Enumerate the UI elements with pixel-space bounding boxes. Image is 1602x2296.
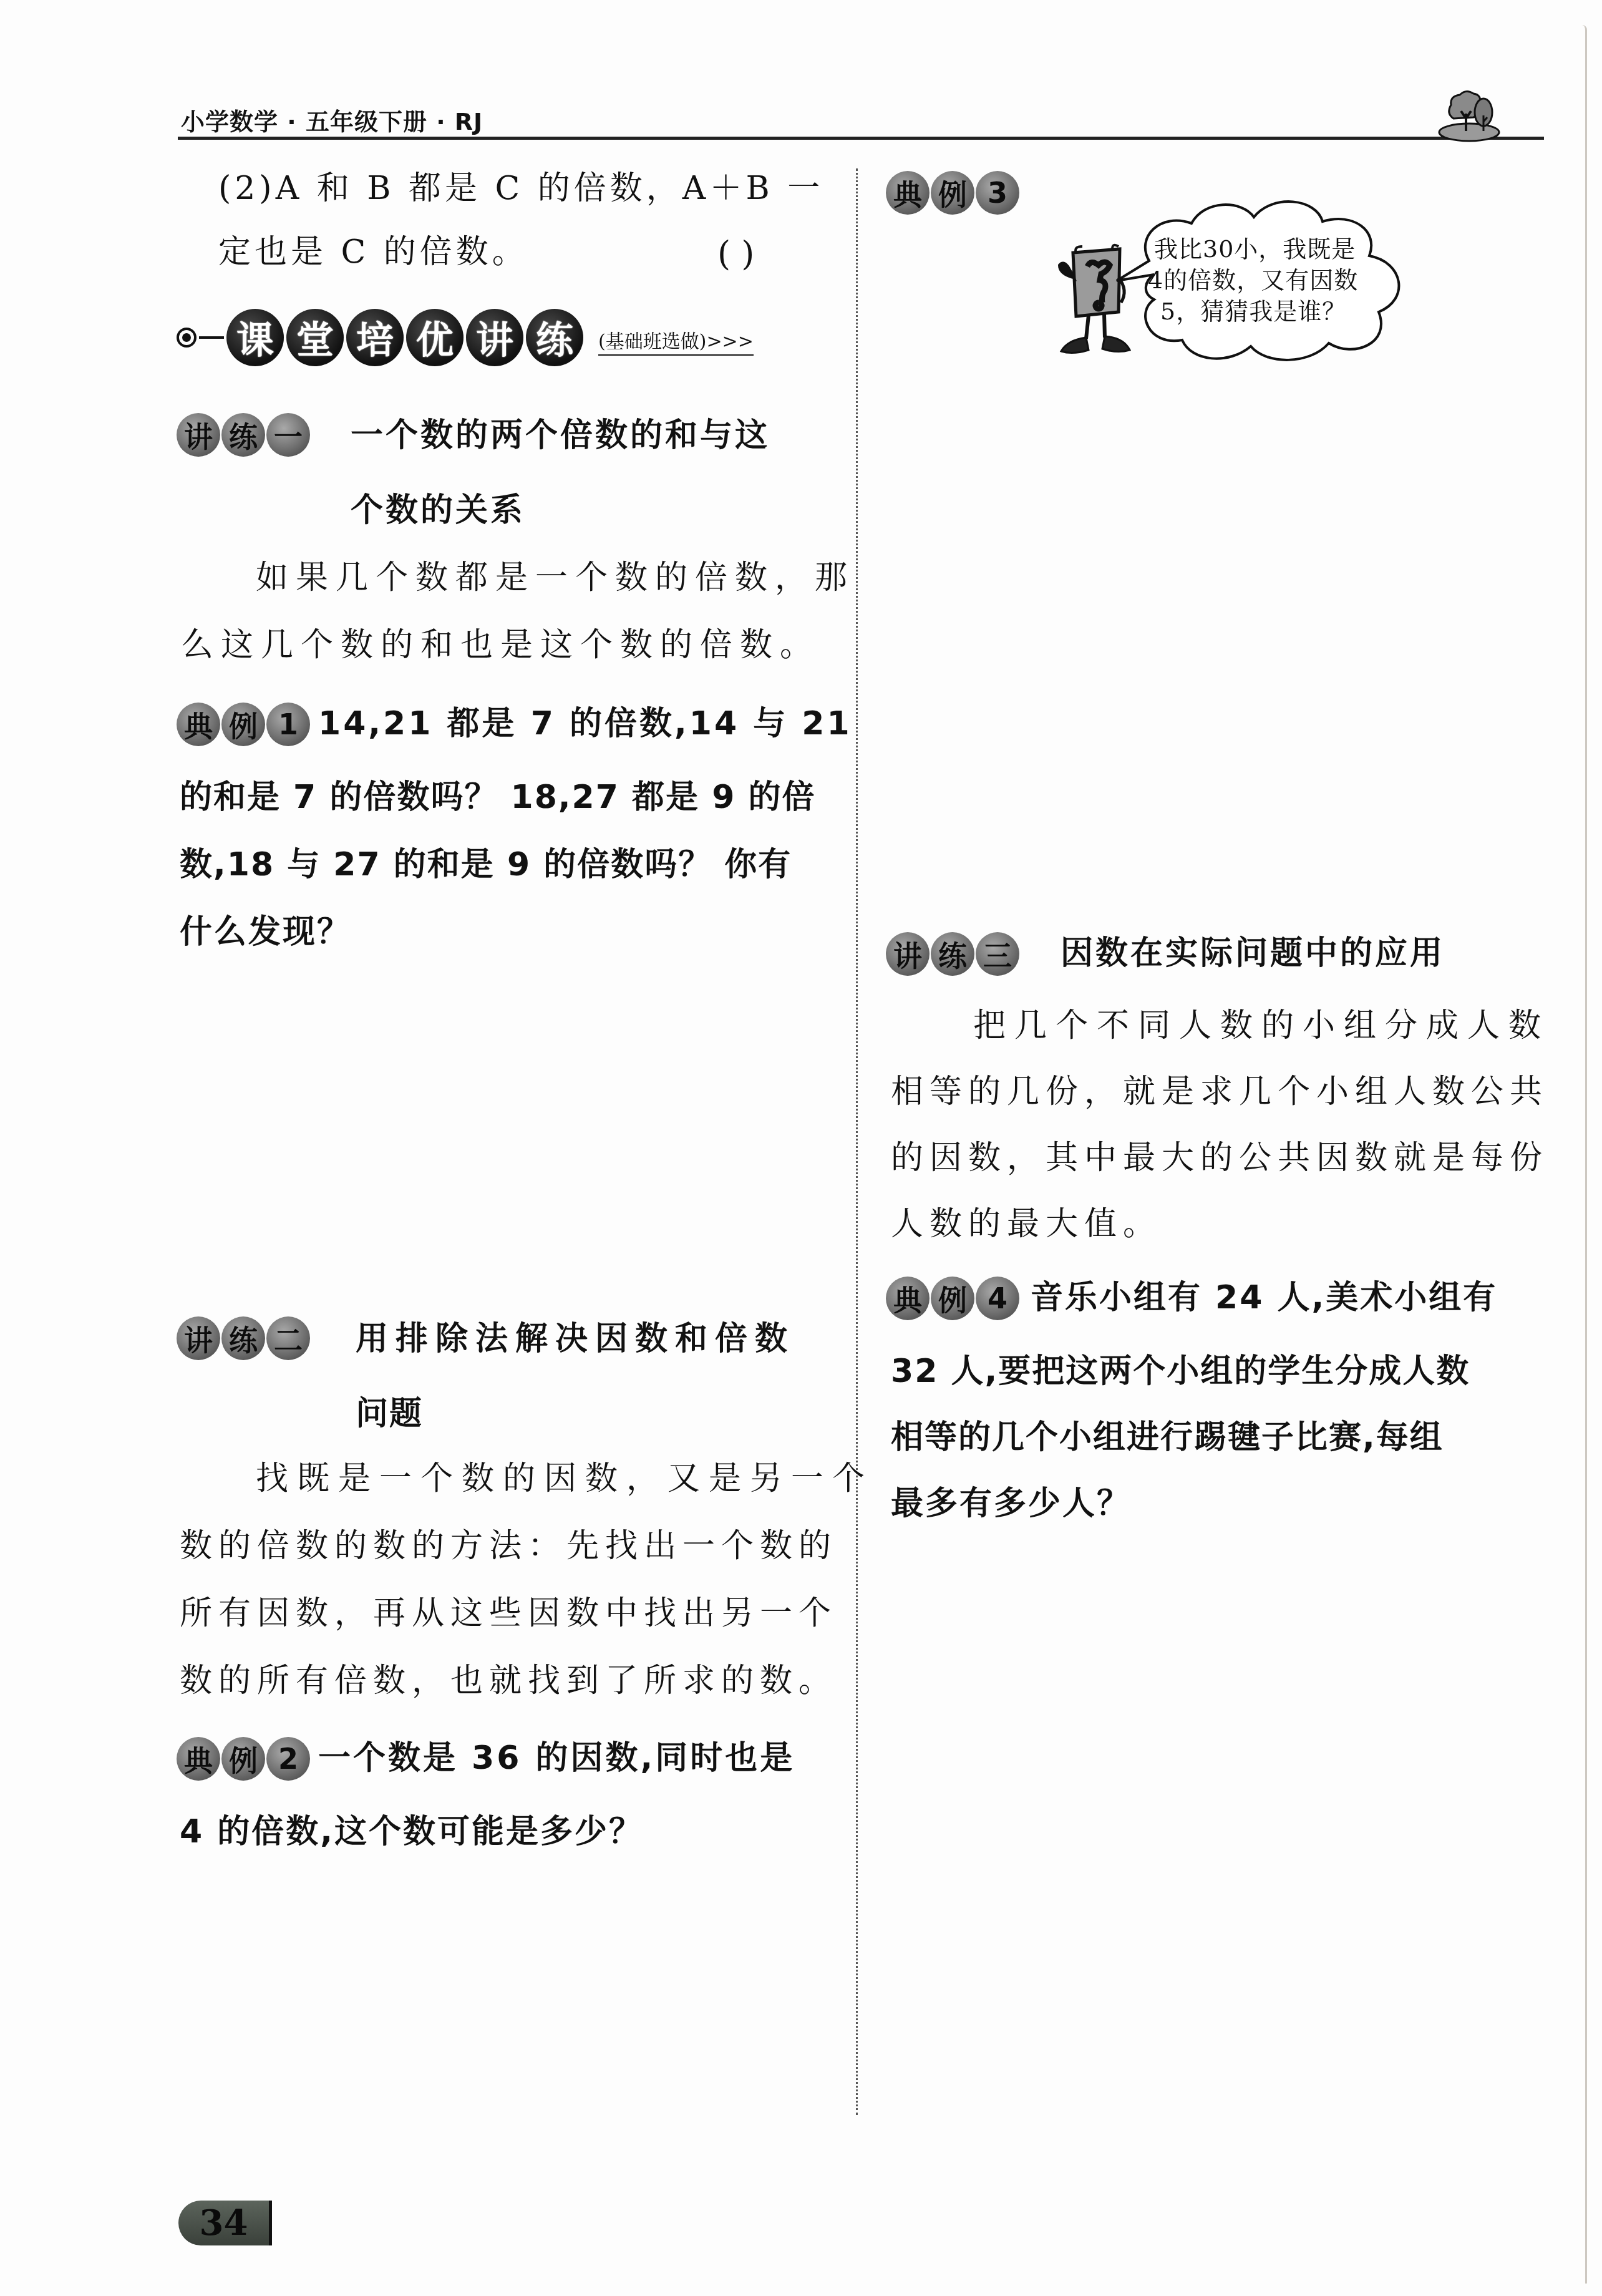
textbook-page: 小学数学 · 五年级下册 · RJ (2)A 和 B 都是 C 的倍数，A＋B … [0, 0, 1602, 2296]
section-3-body-line1: 把几个不同人数的小组分成人数 [973, 1009, 1550, 1042]
section-2-title-line1: 用排除法解决因数和倍数 [356, 1323, 795, 1355]
header-rule [178, 137, 1544, 140]
target-icon [177, 328, 197, 348]
section-2-title-line2: 问题 [356, 1398, 423, 1430]
example-1-line2: 的和是 7 的倍数吗？ 18,27 都是 9 的倍 [180, 781, 815, 814]
section-2-body-line2: 数的倍数的数的方法：先找出一个数的 [180, 1530, 837, 1562]
badge-char: 讲 [886, 932, 930, 976]
section-2-body-line1: 找既是一个数的因数，又是另一个 [256, 1462, 873, 1495]
section-2-badge: 讲 练 二 [177, 1316, 310, 1360]
badge-char: 4 [976, 1277, 1019, 1320]
badge-char: 1 [266, 703, 310, 746]
banner-char: 堂 [286, 309, 344, 366]
section-banner: 课 堂 培 优 讲 练 (基础班选做)>>> [177, 309, 754, 366]
example-4-line2: 32 人,要把这两个小组的学生分成人数 [891, 1355, 1470, 1388]
badge-char: 例 [931, 171, 974, 215]
badge-char: 练 [221, 1316, 265, 1360]
badge-char: 二 [266, 1316, 310, 1360]
section-3-body-line4: 人数的最大值。 [891, 1208, 1162, 1240]
badge-char: 2 [266, 1737, 310, 1781]
example-4-line3: 相等的几个小组进行踢毽子比赛,每组 [891, 1421, 1444, 1454]
section-1-title-line1: 一个数的两个倍数的和与这 [351, 419, 770, 452]
badge-char: 例 [221, 703, 265, 746]
speech-line3: 5，猜猜我是谁？ [1160, 299, 1410, 323]
example-1-line1: 14,21 都是 7 的倍数,14 与 21 [318, 708, 852, 740]
banner-char: 优 [406, 309, 464, 366]
example-4-badge: 典 例 4 [886, 1277, 1019, 1320]
example-1-line4: 什么发现？ [180, 916, 351, 948]
badge-char: 讲 [177, 413, 220, 457]
badge-char: 典 [886, 171, 930, 215]
column-divider [856, 168, 858, 2115]
badge-char: 3 [976, 171, 1019, 215]
question-2-line1: (2)A 和 B 都是 C 的倍数，A＋B 一 [218, 172, 823, 205]
speech-line1: 我比30小，我既是 [1154, 237, 1404, 261]
page-edge [1582, 25, 1587, 2284]
header-title: 小学数学 · 五年级下册 · RJ [181, 102, 483, 137]
section-1-badge: 讲 练 一 [177, 413, 310, 457]
section-1-title-line2: 个数的关系 [351, 494, 525, 527]
example-1-line3: 数,18 与 27 的和是 9 的倍数吗？ 你有 [180, 849, 792, 881]
section-3-badge: 讲 练 三 [886, 932, 1019, 976]
badge-char: 典 [177, 1737, 220, 1781]
page-number: 34 [178, 2201, 272, 2245]
badge-char: 典 [177, 703, 220, 746]
badge-char: 典 [886, 1277, 930, 1320]
section-3-title: 因数在实际问题中的应用 [1061, 937, 1445, 970]
badge-char: 一 [266, 413, 310, 457]
badge-char: 讲 [177, 1316, 220, 1360]
example-3-badge: 典 例 3 [886, 171, 1019, 215]
banner-char: 培 [346, 309, 404, 366]
section-3-body-line2: 相等的几份，就是求几个小组人数公共 [891, 1076, 1548, 1108]
example-2-badge: 典 例 2 [177, 1737, 310, 1781]
badge-char: 练 [221, 413, 265, 457]
badge-char: 三 [976, 932, 1019, 976]
badge-char: 例 [221, 1737, 265, 1781]
answer-blank[interactable]: ( ) [717, 234, 754, 273]
example-2-line2: 4 的倍数,这个数可能是多少？ [180, 1816, 643, 1848]
example-4-line1: 音乐小组有 24 人,美术小组有 [1031, 1282, 1497, 1314]
example-4-line4: 最多有多少人？ [891, 1487, 1131, 1520]
banner-note: (基础班选做)>>> [598, 326, 754, 356]
banner-char: 课 [226, 309, 284, 366]
section-1-body-line1: 如果几个数都是一个数的倍数，那 [256, 562, 855, 594]
banner-char: 练 [526, 309, 583, 366]
example-1-badge: 典 例 1 [177, 703, 310, 746]
tree-icon [1435, 81, 1503, 143]
example-2-line1: 一个数是 36 的因数,同时也是 [318, 1742, 795, 1774]
question-2-line2: 定也是 C 的倍数。 [218, 236, 528, 268]
badge-char: 练 [931, 932, 974, 976]
speech-line2: 4的倍数，又有因数 [1148, 268, 1397, 292]
section-2-body-line3: 所有因数，再从这些因数中找出另一个 [180, 1597, 837, 1630]
badge-char: 例 [931, 1277, 974, 1320]
section-2-body-line4: 数的所有倍数，也就找到了所求的数。 [180, 1665, 837, 1697]
banner-dash [199, 336, 224, 339]
section-1-body-line2: 么这几个数的和也是这个数的倍数。 [181, 629, 820, 661]
banner-char: 讲 [466, 309, 523, 366]
section-3-body-line3: 的因数，其中最大的公共因数就是每份 [891, 1142, 1548, 1174]
